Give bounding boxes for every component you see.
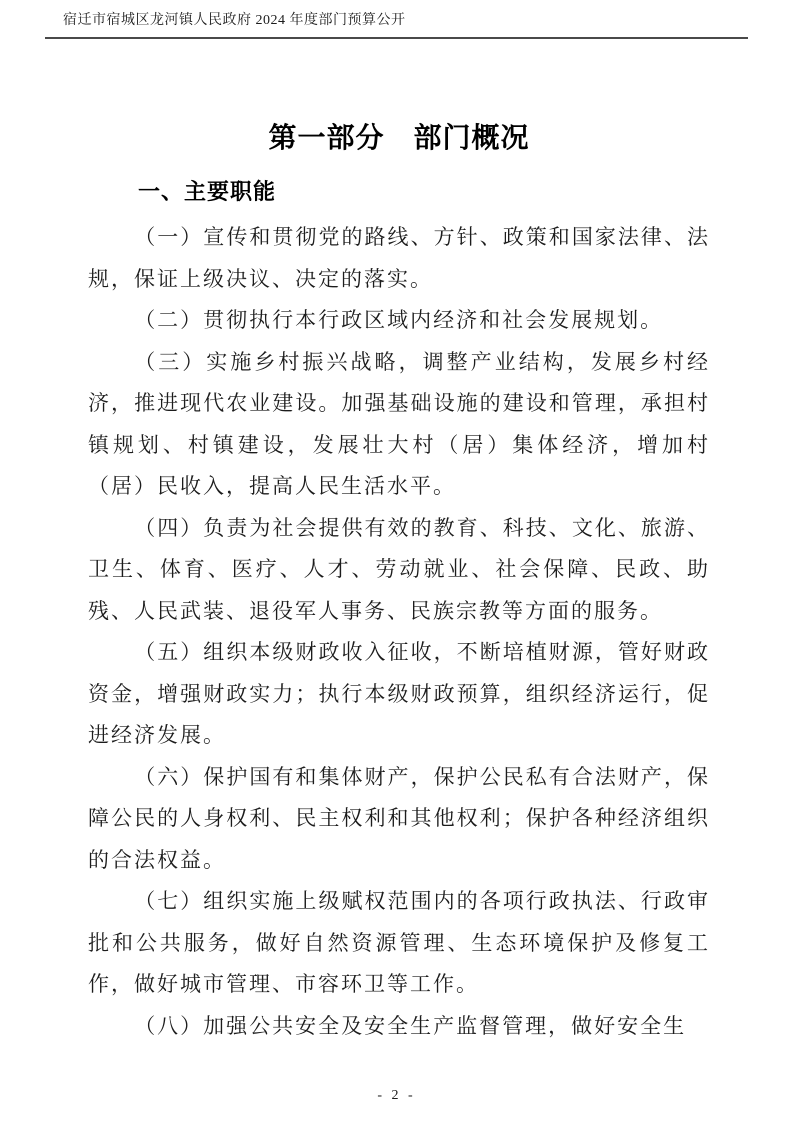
part-title: 第一部分 部门概况 bbox=[88, 120, 710, 155]
header-title: 宿迁市宿城区龙河镇人民政府 2024 年度部门预算公开 bbox=[63, 12, 748, 30]
paragraph-5: （五）组织本级财政收入征收，不断培植财源，管好财政资金，增强财政实力；执行本级财… bbox=[88, 632, 710, 757]
document-content: 第一部分 部门概况 一、主要职能 （一）宣传和贯彻党的路线、方针、政策和国家法律… bbox=[88, 120, 710, 1047]
paragraph-8: （八）加强公共安全及安全生产监督管理，做好安全生 bbox=[88, 1006, 710, 1048]
paragraph-7: （七）组织实施上级赋权范围内的各项行政执法、行政审批和公共服务，做好自然资源管理… bbox=[88, 881, 710, 1006]
paragraph-4: （四）负责为社会提供有效的教育、科技、文化、旅游、卫生、体育、医疗、人才、劳动就… bbox=[88, 508, 710, 633]
paragraph-6: （六）保护国有和集体财产，保护公民私有合法财产，保障公民的人身权利、民主权利和其… bbox=[88, 757, 710, 882]
document-page: 宿迁市宿城区龙河镇人民政府 2024 年度部门预算公开 第一部分 部门概况 一、… bbox=[0, 0, 793, 1122]
section-heading-main-functions: 一、主要职能 bbox=[88, 179, 710, 205]
paragraph-3: （三）实施乡村振兴战略，调整产业结构，发展乡村经济，推进现代农业建设。加强基础设… bbox=[88, 342, 710, 508]
paragraph-2: （二）贯彻执行本行政区域内经济和社会发展规划。 bbox=[88, 300, 710, 342]
page-header: 宿迁市宿城区龙河镇人民政府 2024 年度部门预算公开 bbox=[45, 12, 748, 39]
page-footer: - 2 - bbox=[0, 1086, 793, 1104]
paragraph-1: （一）宣传和贯彻党的路线、方针、政策和国家法律、法规，保证上级决议、决定的落实。 bbox=[88, 217, 710, 300]
page-number: - 2 - bbox=[377, 1088, 415, 1103]
